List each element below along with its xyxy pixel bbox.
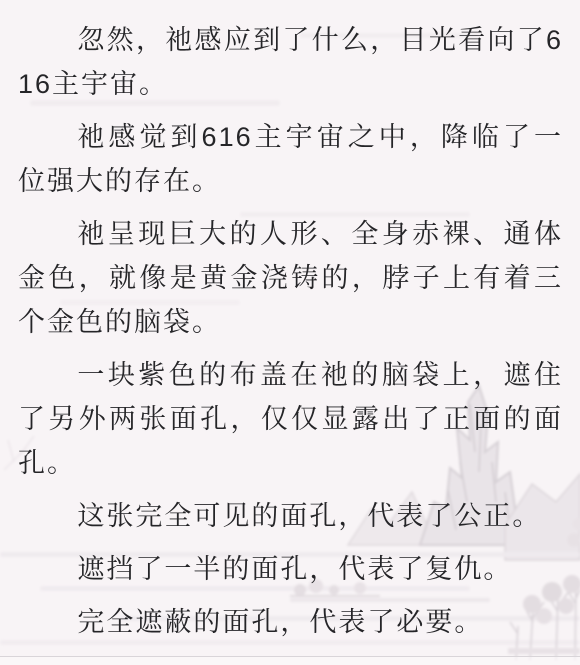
paragraph: 祂呈现巨大的人形、全身赤裸、通体金色，就像是黄金浇铸的，脖子上有着三个金色的脑袋… [18, 212, 563, 344]
paragraph: 遮挡了一半的面孔，代表了复仇。 [18, 547, 563, 591]
page-bottom-divider [0, 656, 580, 657]
reader-page: 忽然，祂感应到了什么，目光看向了616主宇宙。祂感觉到616主宇宙之中，降临了一… [0, 0, 580, 665]
page-bottom-margin [0, 657, 580, 665]
paragraph: 完全遮蔽的面孔，代表了必要。 [18, 600, 563, 644]
paragraph: 忽然，祂感应到了什么，目光看向了616主宇宙。 [18, 18, 563, 106]
paragraph: 这张完全可见的面孔，代表了公正。 [18, 494, 563, 538]
paragraph: 祂感觉到616主宇宙之中，降临了一位强大的存在。 [18, 115, 563, 203]
reading-content[interactable]: 忽然，祂感应到了什么，目光看向了616主宇宙。祂感觉到616主宇宙之中，降临了一… [0, 0, 580, 665]
paragraph: 一块紫色的布盖在祂的脑袋上，遮住了另外两张面孔，仅仅显露出了正面的面孔。 [18, 353, 563, 485]
